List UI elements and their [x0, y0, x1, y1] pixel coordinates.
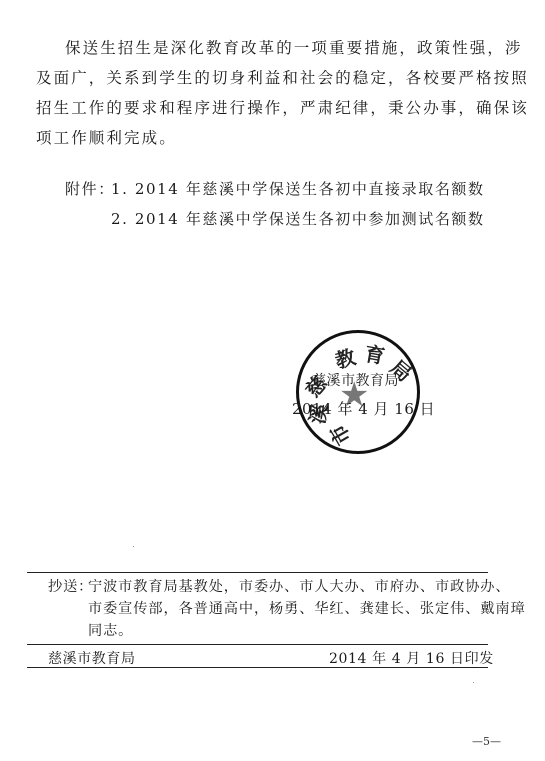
- paragraph-line: 及面广，关系到学生的切身利益和社会的稳定，各校要严格按照: [36, 63, 484, 93]
- page-number: —5—: [472, 735, 501, 748]
- paragraph-line: 项工作顺利完成。: [36, 123, 484, 153]
- speck: [133, 546, 134, 547]
- signature-issuer: 慈溪市教育局: [312, 370, 399, 390]
- signature-date: 2014 年 4 月 16 日: [292, 398, 435, 419]
- cc-line: 市委宣传部，各普通高中，杨勇、华红、龚建长、张定伟、戴南璋: [88, 598, 526, 620]
- paragraph-line: 保送生招生是深化教育改革的一项重要措施，政策性强，涉: [36, 33, 484, 63]
- footer-issuer: 慈溪市教育局: [48, 648, 136, 668]
- body-paragraph: 保送生招生是深化教育改革的一项重要措施，政策性强，涉 及面广，关系到学生的切身利…: [36, 33, 484, 153]
- speck: [473, 682, 474, 683]
- divider-middle: [27, 644, 488, 645]
- official-seal: 教 育 局 慈 溪 市 ★: [296, 330, 420, 454]
- cc-line: 同志。: [88, 620, 133, 642]
- paragraph-line: 招生工作的要求和程序进行操作，严肃纪律，秉公办事，确保该: [36, 93, 484, 123]
- seal-char: 育: [363, 337, 388, 369]
- cc-line: 宁波市教育局基教处，市委办、市人大办、市府办、市政协办、: [88, 576, 510, 598]
- attachments-label: 附件：: [65, 178, 115, 199]
- divider-bottom: [27, 667, 488, 668]
- divider-top: [27, 572, 488, 573]
- attachment-item: 2. 2014 年慈溪中学保送生各初中参加测试名额数: [111, 208, 485, 229]
- cc-label: 抄送：: [48, 576, 93, 598]
- attachment-item: 1. 2014 年慈溪中学保送生各初中直接录取名额数: [111, 178, 485, 199]
- footer-issued-date: 2014 年 4 月 16 日印发: [329, 648, 494, 668]
